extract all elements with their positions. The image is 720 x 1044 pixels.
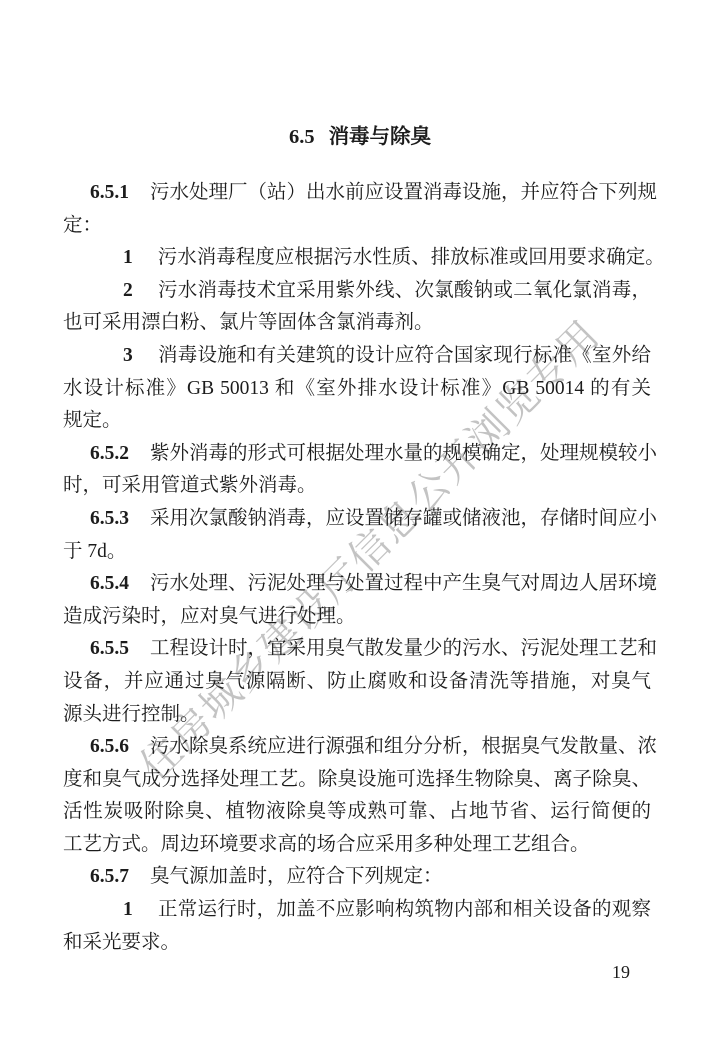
clause-number: 6.5.4 bbox=[90, 573, 129, 594]
text-line: 定： bbox=[63, 210, 651, 243]
line-text: 度和臭气成分选择处理工艺。除臭设施可选择生物除臭、离子除臭、 bbox=[63, 769, 651, 790]
line-text: 臭气源加盖时，应符合下列规定： bbox=[150, 866, 443, 887]
line-text: 活性炭吸附除臭、植物液除臭等成熟可靠、占地节省、运行简便的 bbox=[63, 801, 651, 822]
clause-number: 3 bbox=[123, 345, 133, 366]
line-text: 污水处理、污泥处理与处置过程中产生臭气对周边人居环境 bbox=[150, 573, 657, 594]
line-text: 污水除臭系统应进行源强和组分分析，根据臭气发散量、浓 bbox=[150, 736, 657, 757]
text-line: 活性炭吸附除臭、植物液除臭等成熟可靠、占地节省、运行简便的 bbox=[63, 796, 651, 829]
line-text: 时，可采用管道式紫外消毒。 bbox=[63, 475, 317, 496]
text-line: 设备，并应通过臭气源隔断、防止腐败和设备清洗等措施，对臭气 bbox=[63, 666, 651, 699]
line-text: 规定。 bbox=[63, 410, 122, 431]
line-text: 也可采用漂白粉、氯片等固体含氯消毒剂。 bbox=[63, 312, 434, 333]
line-text: 采用次氯酸钠消毒，应设置储存罐或储液池，存储时间应小 bbox=[150, 508, 657, 529]
line-text: 源头进行控制。 bbox=[63, 704, 200, 725]
clause-number: 6.5.1 bbox=[90, 182, 129, 203]
clause-number: 1 bbox=[123, 899, 133, 920]
text-line: 6.5.7臭气源加盖时，应符合下列规定： bbox=[63, 861, 651, 894]
line-text: 和采光要求。 bbox=[63, 932, 180, 953]
clause-number: 6.5.3 bbox=[90, 508, 129, 529]
line-text: 工艺方式。周边环境要求高的场合应采用多种处理工艺组合。 bbox=[63, 834, 590, 855]
text-line: 造成污染时，应对臭气进行处理。 bbox=[63, 601, 651, 634]
document-page: 住房城乡建设厅信息公开浏览专用 6.5消毒与除臭 6.5.1污水处理厂（站）出水… bbox=[0, 0, 720, 1044]
text-line: 工艺方式。周边环境要求高的场合应采用多种处理工艺组合。 bbox=[63, 829, 651, 862]
clause-number: 2 bbox=[123, 280, 133, 301]
line-text: 消毒设施和有关建筑的设计应符合国家现行标准《室外给 bbox=[158, 345, 651, 366]
line-text: 设备，并应通过臭气源隔断、防止腐败和设备清洗等措施，对臭气 bbox=[63, 671, 651, 692]
line-text: 污水处理厂（站）出水前应设置消毒设施，并应符合下列规 bbox=[150, 182, 657, 203]
line-text: 于 7d。 bbox=[63, 541, 126, 562]
text-line: 规定。 bbox=[63, 405, 651, 438]
section-title: 消毒与除臭 bbox=[329, 126, 432, 148]
line-text: 造成污染时，应对臭气进行处理。 bbox=[63, 606, 356, 627]
clause-number: 6.5.6 bbox=[90, 736, 129, 757]
text-line: 6.5.3采用次氯酸钠消毒，应设置储存罐或储液池，存储时间应小 bbox=[63, 503, 651, 536]
clause-number: 1 bbox=[123, 247, 133, 268]
body-text: 6.5.1污水处理厂（站）出水前应设置消毒设施，并应符合下列规定：1污水消毒程度… bbox=[63, 177, 651, 959]
section-number: 6.5 bbox=[289, 126, 315, 148]
line-text: 污水消毒技术宜采用紫外线、次氯酸钠或二氧化氯消毒， bbox=[158, 280, 651, 301]
line-text: 定： bbox=[63, 215, 102, 236]
text-line: 3消毒设施和有关建筑的设计应符合国家现行标准《室外给 bbox=[63, 340, 651, 373]
section-heading: 6.5消毒与除臭 bbox=[0, 119, 720, 149]
text-line: 水设计标准》GB 50013 和《室外排水设计标准》GB 50014 的有关 bbox=[63, 373, 651, 406]
text-line: 2污水消毒技术宜采用紫外线、次氯酸钠或二氧化氯消毒， bbox=[63, 275, 651, 308]
page-number: 19 bbox=[612, 962, 630, 983]
line-text: 正常运行时，加盖不应影响构筑物内部和相关设备的观察 bbox=[158, 899, 651, 920]
text-line: 1污水消毒程度应根据污水性质、排放标准或回用要求确定。 bbox=[63, 242, 651, 275]
text-line: 时，可采用管道式紫外消毒。 bbox=[63, 470, 651, 503]
text-line: 6.5.4污水处理、污泥处理与处置过程中产生臭气对周边人居环境 bbox=[63, 568, 651, 601]
line-text: 污水消毒程度应根据污水性质、排放标准或回用要求确定。 bbox=[158, 247, 665, 268]
clause-number: 6.5.7 bbox=[90, 866, 129, 887]
text-line: 1正常运行时，加盖不应影响构筑物内部和相关设备的观察 bbox=[63, 894, 651, 927]
text-line: 6.5.6污水除臭系统应进行源强和组分分析，根据臭气发散量、浓 bbox=[63, 731, 651, 764]
text-line: 也可采用漂白粉、氯片等固体含氯消毒剂。 bbox=[63, 307, 651, 340]
line-text: 水设计标准》GB 50013 和《室外排水设计标准》GB 50014 的有关 bbox=[63, 378, 651, 399]
line-text: 紫外消毒的形式可根据处理水量的规模确定，处理规模较小 bbox=[150, 443, 657, 464]
clause-number: 6.5.5 bbox=[90, 638, 129, 659]
text-line: 源头进行控制。 bbox=[63, 699, 651, 732]
line-text: 工程设计时，宜采用臭气散发量少的污水、污泥处理工艺和 bbox=[150, 638, 657, 659]
text-line: 度和臭气成分选择处理工艺。除臭设施可选择生物除臭、离子除臭、 bbox=[63, 764, 651, 797]
text-line: 6.5.2紫外消毒的形式可根据处理水量的规模确定，处理规模较小 bbox=[63, 438, 651, 471]
text-line: 6.5.5工程设计时，宜采用臭气散发量少的污水、污泥处理工艺和 bbox=[63, 633, 651, 666]
text-line: 于 7d。 bbox=[63, 536, 651, 569]
text-line: 6.5.1污水处理厂（站）出水前应设置消毒设施，并应符合下列规 bbox=[63, 177, 651, 210]
text-line: 和采光要求。 bbox=[63, 927, 651, 960]
clause-number: 6.5.2 bbox=[90, 443, 129, 464]
